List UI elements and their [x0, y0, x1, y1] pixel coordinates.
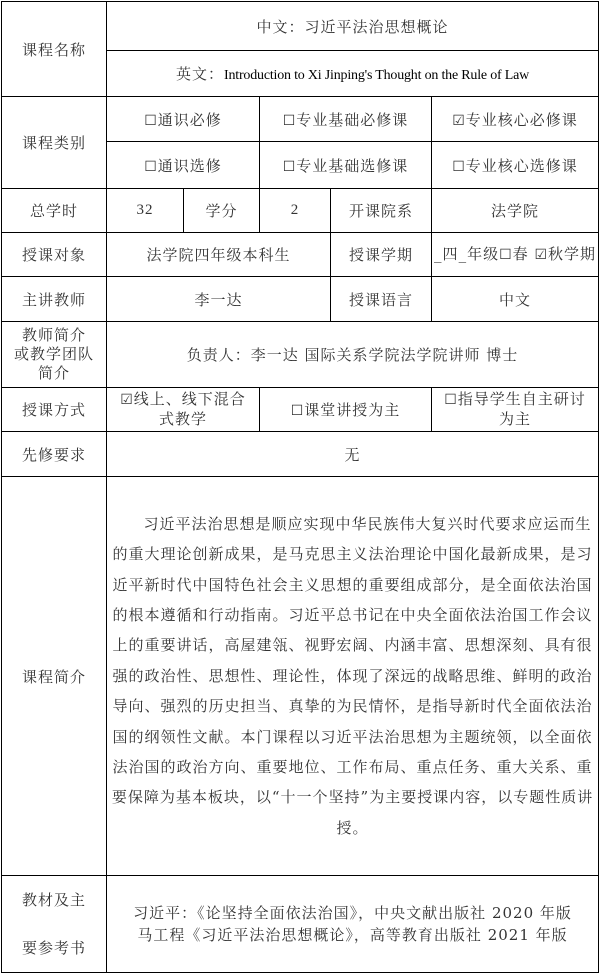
spring-label: 春 [513, 245, 529, 263]
category-option-core-elective[interactable]: ☐专业核心选修课 [432, 142, 599, 189]
course-name-en-prefix: 英文： [176, 65, 224, 83]
audience-value: 法学院四年级本科生 [107, 233, 331, 277]
grade-value: 四 [443, 245, 459, 263]
checkbox-unchecked-icon[interactable]: ☐ [144, 159, 158, 175]
instructor-value: 李一达 [107, 277, 331, 322]
category-option-general-elective[interactable]: ☐通识选修 [107, 142, 260, 189]
teaching-mode-option-lecture[interactable]: ☐课堂讲授为主 [260, 388, 432, 432]
course-name-label: 课程名称 [2, 2, 107, 97]
course-name-en-cell: 英文：Introduction to Xi Jinping's Thought … [107, 51, 599, 97]
reference-item: 习近平：《论坚持全面依法治国》，中央文献出版社 2020 年版 [107, 902, 598, 924]
language-label: 授课语言 [331, 277, 432, 322]
teaching-mode-option-label: 课堂讲授为主 [304, 401, 400, 419]
category-option-label: 通识必修 [158, 111, 222, 129]
checkbox-unchecked-icon[interactable]: ☐ [499, 247, 513, 263]
course-name-en-value: Introduction to Xi Jinping's Thought on … [224, 68, 529, 83]
semester-value: _四_年级☐春 ☑秋学期 [432, 233, 599, 277]
prerequisites-value: 无 [107, 432, 599, 477]
checkbox-unchecked-icon[interactable]: ☐ [444, 392, 458, 408]
references-list: 习近平：《论坚持全面依法治国》，中央文献出版社 2020 年版 马工程《习近平法… [107, 876, 599, 973]
category-option-label: 专业基础选修课 [296, 157, 408, 175]
references-label: 教材及主 要参考书 [2, 876, 107, 973]
category-option-label: 通识选修 [158, 157, 222, 175]
course-category-label: 课程类别 [2, 97, 107, 189]
instructor-label: 主讲教师 [2, 277, 107, 322]
teaching-mode-option-guided[interactable]: ☐指导学生自主研讨为主 [432, 388, 599, 432]
category-option-label: 专业核心必修课 [466, 111, 578, 129]
category-option-label: 专业核心选修课 [466, 157, 578, 175]
checkbox-checked-icon[interactable]: ☑ [120, 392, 134, 408]
semester-label: 授课学期 [331, 233, 432, 277]
grade-suffix: 年级 [467, 245, 499, 263]
checkbox-unchecked-icon[interactable]: ☐ [283, 159, 297, 175]
total-hours-value: 32 [107, 189, 184, 233]
team-intro-value: 负责人：李一达 国际关系学院法学院讲师 博士 [107, 322, 599, 388]
checkbox-unchecked-icon[interactable]: ☐ [144, 113, 158, 129]
course-name-zh-cell: 中文：习近平法治思想概论 [107, 2, 599, 51]
checkbox-checked-icon[interactable]: ☑ [534, 247, 548, 263]
checkbox-unchecked-icon[interactable]: ☐ [291, 403, 305, 419]
course-name-zh-prefix: 中文： [257, 18, 305, 36]
total-hours-label: 总学时 [2, 189, 107, 233]
team-intro-label-line: 或教学团队 [2, 345, 106, 364]
teaching-mode-option-label: 线上、线下混合式教学 [134, 390, 246, 428]
checkbox-unchecked-icon[interactable]: ☐ [283, 113, 297, 129]
checkbox-unchecked-icon[interactable]: ☐ [452, 159, 466, 175]
grade-blank: _ [459, 245, 468, 263]
team-intro-label: 教师简介 或教学团队 简介 [2, 322, 107, 388]
team-intro-label-line: 简介 [2, 364, 106, 383]
credits-label: 学分 [184, 189, 260, 233]
category-option-label: 专业基础必修课 [296, 111, 408, 129]
teaching-mode-option-blended[interactable]: ☑线上、线下混合式教学 [107, 388, 260, 432]
references-label-line: 教材及主 [2, 876, 106, 924]
course-info-table: 课程名称 中文：习近平法治思想概论 英文：Introduction to Xi … [1, 1, 599, 973]
teaching-mode-label: 授课方式 [2, 388, 107, 432]
autumn-label: 秋学期 [548, 245, 596, 263]
grade-blank: _ [434, 245, 443, 263]
prerequisites-label: 先修要求 [2, 432, 107, 477]
audience-label: 授课对象 [2, 233, 107, 277]
reference-item: 马工程《习近平法治思想概论》，高等教育出版社 2021 年版 [107, 924, 598, 946]
category-option-basic-elective[interactable]: ☐专业基础选修课 [260, 142, 432, 189]
category-option-basic-required[interactable]: ☐专业基础必修课 [260, 97, 432, 142]
department-label: 开课院系 [331, 189, 432, 233]
teaching-mode-option-label: 指导学生自主研讨为主 [458, 390, 586, 428]
checkbox-checked-icon[interactable]: ☑ [452, 113, 466, 129]
course-intro-label: 课程简介 [2, 477, 107, 876]
department-value: 法学院 [432, 189, 599, 233]
team-intro-label-line: 教师简介 [2, 326, 106, 345]
references-label-line: 要参考书 [2, 924, 106, 972]
credits-value: 2 [260, 189, 331, 233]
language-value: 中文 [432, 277, 599, 322]
course-intro-cell: 习近平法治思想是顺应实现中华民族伟大复兴时代要求应运而生的重大理论创新成果，是马… [107, 477, 599, 876]
category-option-core-required[interactable]: ☑专业核心必修课 [432, 97, 599, 142]
category-option-general-required[interactable]: ☐通识必修 [107, 97, 260, 142]
course-intro-text: 习近平法治思想是顺应实现中华民族伟大复兴时代要求应运而生的重大理论创新成果，是马… [107, 509, 598, 843]
course-name-zh-value: 习近平法治思想概论 [305, 18, 449, 36]
